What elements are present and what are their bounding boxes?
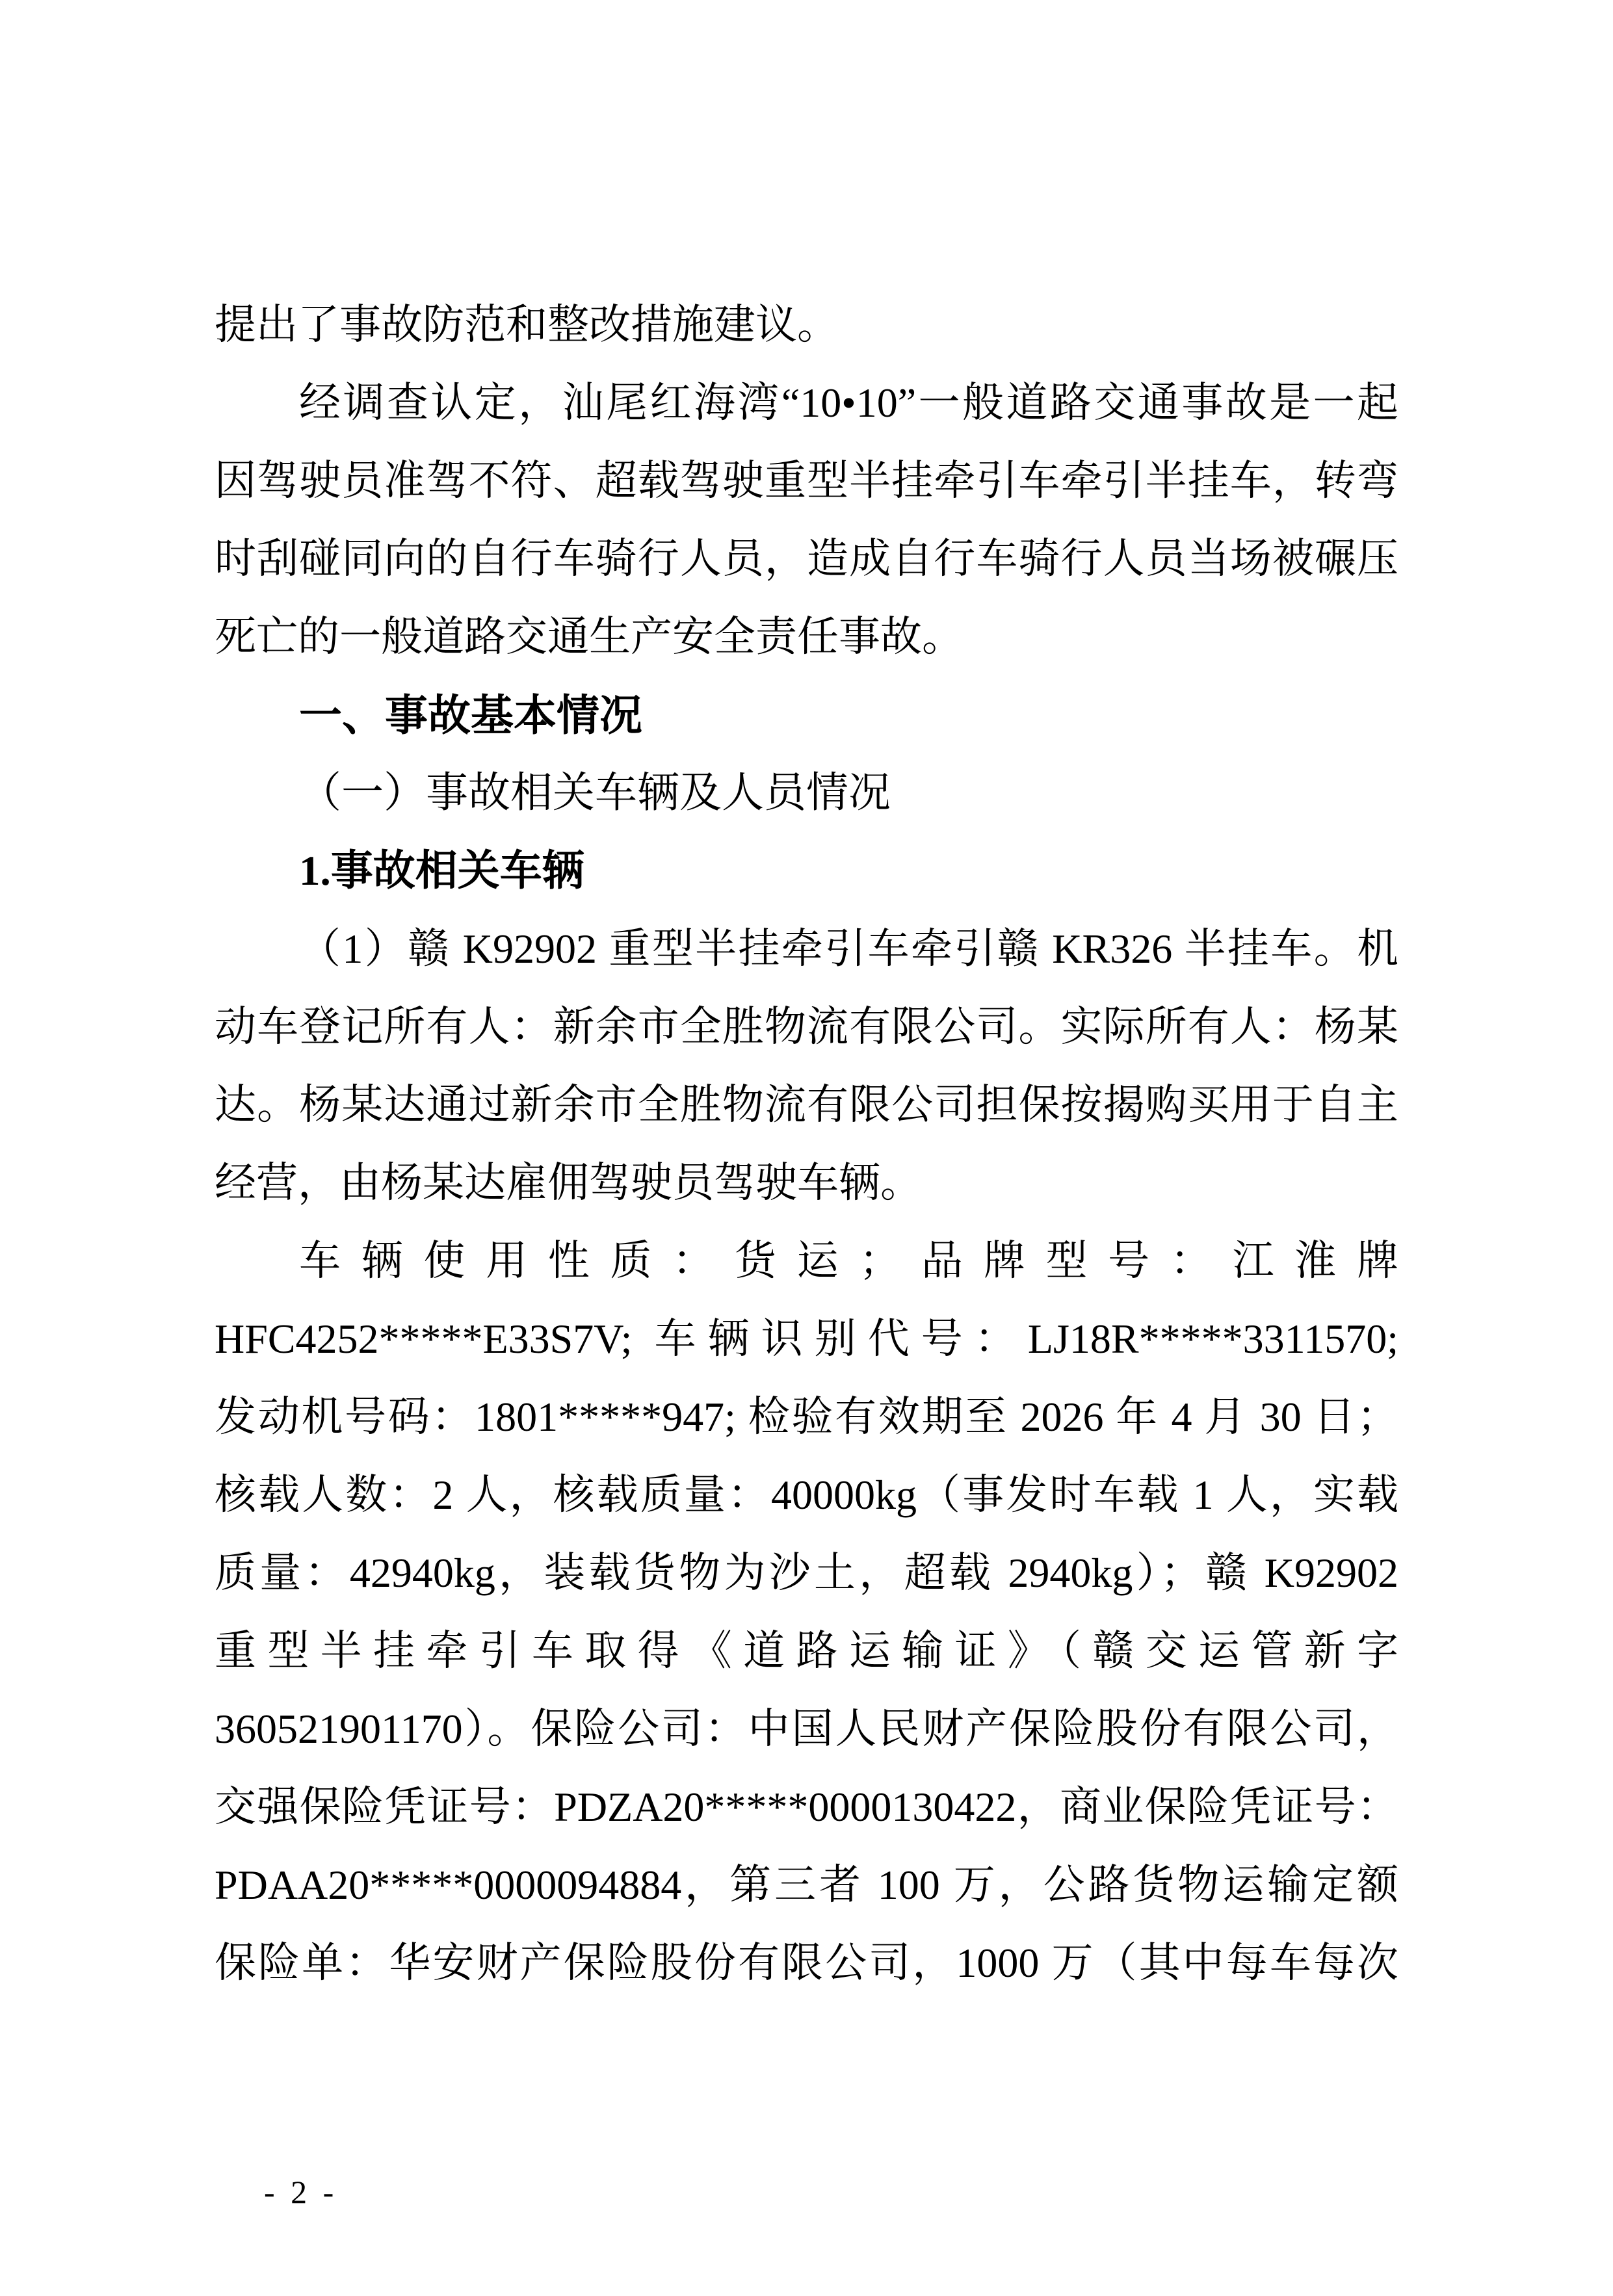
section-heading-1: 一、事故基本情况 (215, 676, 1398, 754)
page-footer: - 2 - (216, 2133, 337, 2250)
body-line: 重型半挂牵引车取得《道路运输证》（赣交运管新字 (215, 1612, 1398, 1690)
subsection-heading: （一）事故相关车辆及人员情况 (215, 754, 1398, 832)
body-line: 360521901170）。保险公司：中国人民财产保险股份有限公司， (215, 1690, 1398, 1768)
body-line: 交强保险凭证号：PDZA20*****0000130422，商业保险凭证号： (215, 1768, 1398, 1846)
body-line: 提出了事故防范和整改措施建议。 (215, 286, 1398, 364)
page-number: - 2 - (264, 2174, 337, 2210)
body-line: 时刮碰同向的自行车骑行人员，造成自行车骑行人员当场被碾压 (215, 520, 1398, 598)
body-line: 因驾驶员准驾不符、超载驾驶重型半挂牵引车牵引半挂车，转弯 (215, 442, 1398, 520)
document-page: 提出了事故防范和整改措施建议。 经调查认定，汕尾红海湾“10•10”一般道路交通… (0, 0, 1613, 2296)
body-line: （1）赣 K92902 重型半挂牵引车牵引赣 KR326 半挂车。机 (215, 910, 1398, 988)
body-line: PDAA20*****0000094884，第三者 100 万，公路货物运输定额 (215, 1846, 1398, 1924)
body-line: 经营，由杨某达雇佣驾驶员驾驶车辆。 (215, 1144, 1398, 1222)
body-line: 死亡的一般道路交通生产安全责任事故。 (215, 598, 1398, 676)
subsubsection-heading: 1.事故相关车辆 (215, 832, 1398, 910)
body-line: 核载人数：2 人，核载质量：40000kg（事发时车载 1 人，实载 (215, 1456, 1398, 1534)
body-line: 达。杨某达通过新余市全胜物流有限公司担保按揭购买用于自主 (215, 1066, 1398, 1144)
body-line: HFC4252*****E33S7V; 车辆识别代号：LJ18R*****331… (215, 1300, 1398, 1378)
body-line: 动车登记所有人：新余市全胜物流有限公司。实际所有人：杨某 (215, 988, 1398, 1066)
body-line: 保险单：华安财产保险股份有限公司，1000 万（其中每车每次 (215, 1924, 1398, 2002)
body-line: 经调查认定，汕尾红海湾“10•10”一般道路交通事故是一起 (215, 364, 1398, 442)
body-line: 发动机号码：1801*****947; 检验有效期至 2026 年 4 月 30… (215, 1378, 1398, 1456)
document-body: 提出了事故防范和整改措施建议。 经调查认定，汕尾红海湾“10•10”一般道路交通… (215, 286, 1398, 2002)
body-line: 质量：42940kg，装载货物为沙土，超载 2940kg）；赣 K92902 (215, 1534, 1398, 1612)
body-line: 车辆使用性质：货运；品牌型号：江淮牌 (215, 1222, 1398, 1300)
